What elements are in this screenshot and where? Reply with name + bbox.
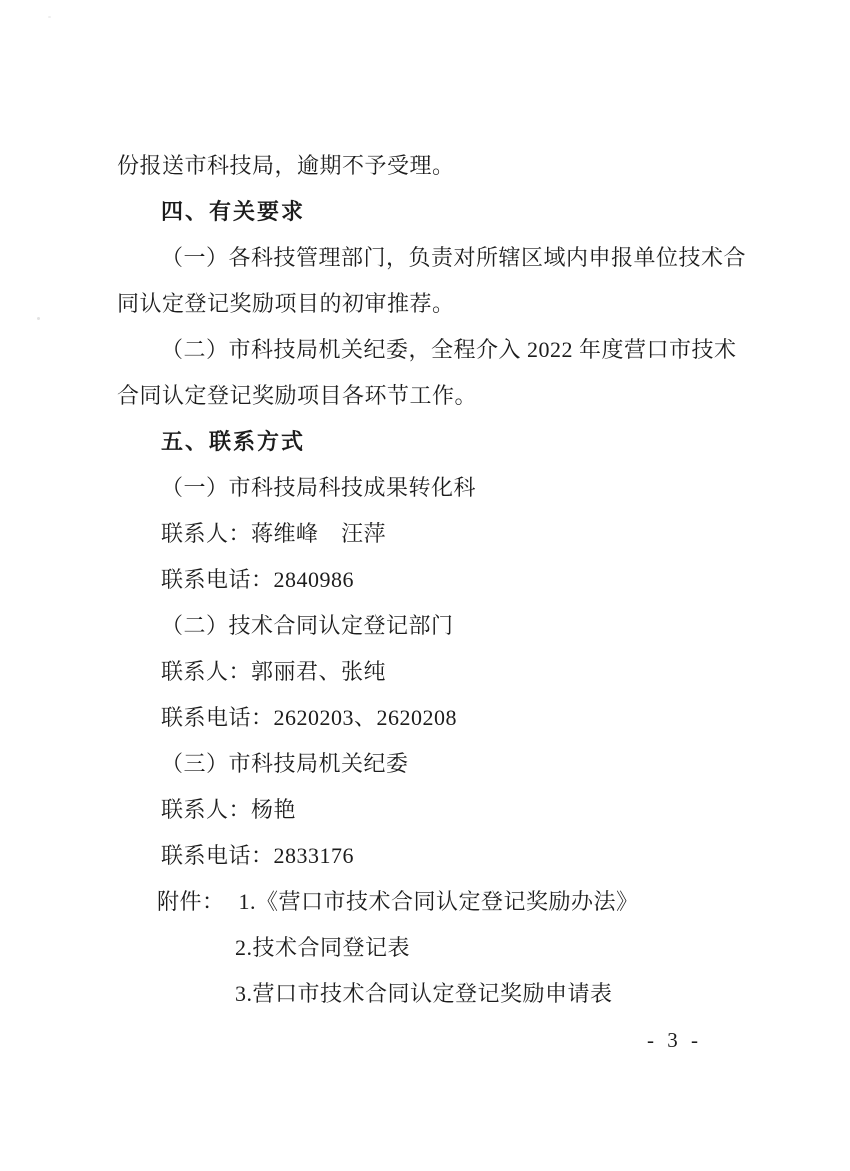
continuation-text-line: 份报送市科技局，逾期不予受理。 — [117, 143, 749, 189]
requirements-item-1-line-2: 同认定登记奖励项目的初审推荐。 — [117, 281, 749, 327]
scan-speck — [37, 317, 40, 320]
contact-section-3-person: 联系人：杨艳 — [117, 787, 749, 833]
contact-section-2-person: 联系人：郭丽君、张纯 — [117, 649, 749, 695]
attachment-item-3: 3.营口市技术合同认定登记奖励申请表 — [117, 971, 749, 1017]
requirements-item-1-line-1: （一）各科技管理部门，负责对所辖区域内申报单位技术合 — [117, 235, 749, 281]
contact-section-2-title: （二）技术合同认定登记部门 — [117, 603, 749, 649]
attachment-item-1: 1.《营口市技术合同认定登记奖励办法》 — [239, 879, 639, 925]
attachment-item-2: 2.技术合同登记表 — [117, 925, 749, 971]
attachment-label: 附件： — [157, 879, 225, 925]
document-page: 份报送市科技局，逾期不予受理。 四、有关要求 （一）各科技管理部门，负责对所辖区… — [0, 0, 850, 1171]
page-number: - 3 - — [117, 1017, 749, 1063]
contact-section-3-phone: 联系电话：2833176 — [117, 833, 749, 879]
contact-section-2-phone: 联系电话：2620203、2620208 — [117, 695, 749, 741]
contact-section-1-title: （一）市科技局科技成果转化科 — [117, 465, 749, 511]
attachment-line: 附件： 1.《营口市技术合同认定登记奖励办法》 — [117, 879, 749, 925]
scan-speck — [48, 16, 51, 18]
section-heading-contacts: 五、联系方式 — [117, 419, 749, 465]
requirements-item-2-line-2: 合同认定登记奖励项目各环节工作。 — [117, 373, 749, 419]
document-body: 份报送市科技局，逾期不予受理。 四、有关要求 （一）各科技管理部门，负责对所辖区… — [117, 143, 749, 1063]
contact-section-3-title: （三）市科技局机关纪委 — [117, 741, 749, 787]
section-heading-requirements: 四、有关要求 — [117, 189, 749, 235]
requirements-item-2-line-1: （二）市科技局机关纪委，全程介入 2022 年度营口市技术 — [117, 327, 749, 373]
contact-section-1-person: 联系人：蒋维峰 汪萍 — [117, 511, 749, 557]
contact-section-1-phone: 联系电话：2840986 — [117, 557, 749, 603]
